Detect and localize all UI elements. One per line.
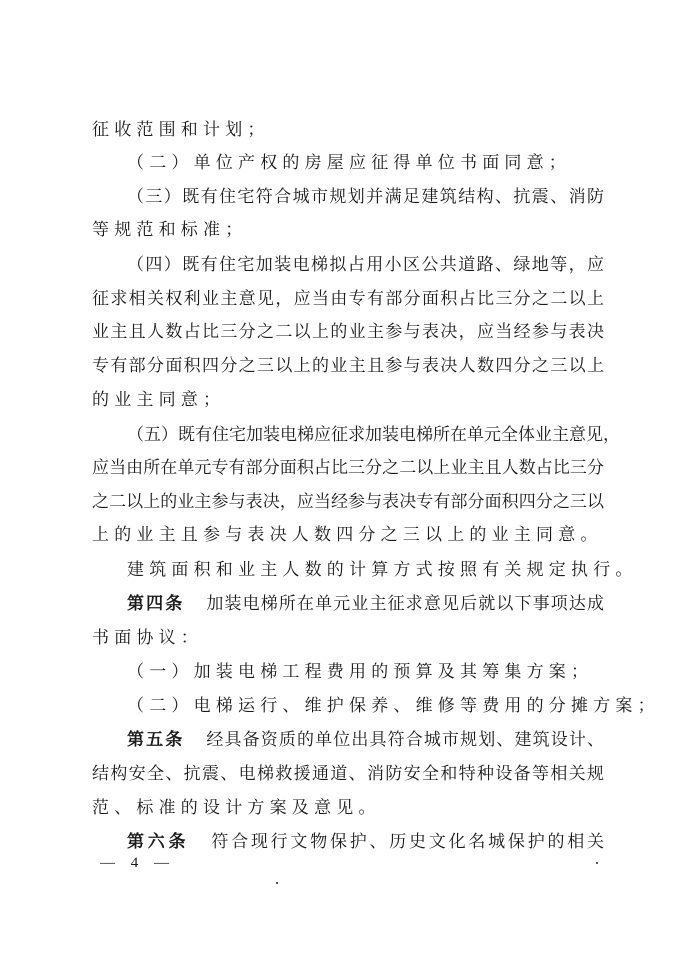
scan-speck [596,862,598,864]
page-number: — 4 — [100,855,175,872]
article-text: 符合现行文物保护、历史文化名城保护的相关 [211,832,604,852]
document-page: 征收范围和计划； （二）单位产权的房屋应征得单位书面同意； （三）既有住宅符合城… [0,0,684,971]
article-line: 第四条加装电梯所在单元业主征求意见后就以下事项达成 [127,594,604,614]
paragraph-line: （一）加装电梯工程费用的预算及其筹集方案； [127,662,604,682]
paragraph-line: 范、标准的设计方案及意见。 [92,798,604,818]
paragraph-line: （五）既有住宅加装电梯应征求加装电梯所在单元全体业主意见， [127,425,604,445]
paragraph-line: 建筑面积和业主人数的计算方式按照有关规定执行。 [127,560,604,580]
paragraph-line: 征收范围和计划； [92,120,604,140]
article-line: 第六条符合现行文物保护、历史文化名城保护的相关 [127,832,604,852]
paragraph-line: （四）既有住宅加装电梯拟占用小区公共道路、绿地等，应 [127,255,604,275]
paragraph-line: 业主且人数占比三分之二以上的业主参与表决，应当经参与表决 [92,322,604,342]
paragraph-line: 上的业主且参与表决人数四分之三以上的业主同意。 [92,525,604,545]
paragraph-line: 结构安全、抗震、电梯救援通道、消防安全和特种设备等相关规 [92,764,604,784]
article-heading: 第六条 [127,832,189,852]
scan-speck [276,882,278,884]
paragraph-line: 专有部分面积四分之三以上的业主且参与表决人数四分之三以上 [92,356,604,376]
article-heading: 第五条 [127,730,184,750]
paragraph-line: 的业主同意； [92,390,604,410]
article-line: 第五条经具备资质的单位出具符合城市规划、建筑设计、 [127,730,604,750]
paragraph-line: 书面协议： [92,628,604,648]
paragraph-line: 征求相关权利业主意见，应当由专有部分面积占比三分之二以上 [92,289,604,309]
paragraph-line: （二）电梯运行、维护保养、维修等费用的分摊方案； [127,696,604,716]
article-heading: 第四条 [127,594,184,614]
article-text: 经具备资质的单位出具符合城市规划、建筑设计、 [206,730,604,750]
paragraph-line: 应当由所在单元专有部分面积占比三分之二以上业主且人数占比三分 [92,458,604,478]
paragraph-line: 之二以上的业主参与表决，应当经参与表决专有部分面积四分之三以 [92,492,604,512]
paragraph-line: （三）既有住宅符合城市规划并满足建筑结构、抗震、消防 [127,187,604,207]
paragraph-line: 等规范和标准； [92,220,604,240]
paragraph-line: （二）单位产权的房屋应征得单位书面同意； [127,153,604,173]
article-text: 加装电梯所在单元业主征求意见后就以下事项达成 [206,594,604,614]
